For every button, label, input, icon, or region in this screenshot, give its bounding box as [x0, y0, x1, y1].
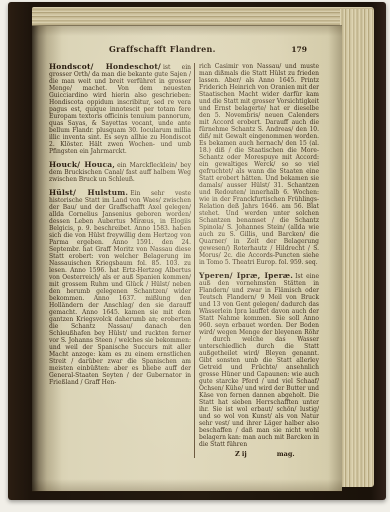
entry-text: rich Casimir von Nassau/ und muste man d…: [199, 63, 319, 266]
page-header: Graffschafft Flandren. 179: [49, 44, 319, 58]
two-column-text: Hondscot/ Hondeschot/ist ein grosser Ort…: [49, 63, 319, 458]
entry-text: Ist eine auß den vornehmsten Stätten in …: [199, 273, 319, 448]
scanned-book-photo: Graffschafft Flandren. 179 Hondscot/ Hon…: [0, 0, 390, 512]
entry-headword: Houck/ Houca,: [49, 160, 117, 169]
signature-mark: Z ij: [235, 451, 247, 458]
text-block: Graffschafft Flandren. 179 Hondscot/ Hon…: [49, 44, 319, 458]
entry-hulst: Hülst/ Hulstum.Ein sehr veste historisch…: [49, 189, 191, 386]
column-divider-rule: [194, 63, 195, 458]
running-title: Graffschafft Flandren.: [109, 44, 216, 54]
entry-text: ist ein grosser Orth/ da man die bekante…: [49, 64, 191, 155]
page-edges-right: [340, 9, 374, 487]
column-right: rich Casimir von Nassau/ und muste man d…: [199, 63, 319, 458]
column-left: Hondscot/ Hondeschot/ist ein grosser Ort…: [49, 63, 191, 458]
signature-line: Z ij mag.: [199, 451, 319, 458]
catchword: mag.: [277, 451, 295, 458]
entry-headword: Hondscot/ Hondeschot/: [49, 62, 163, 71]
entry-houck: Houck/ Houca,ein Marckflecklein/ bey dem…: [49, 161, 191, 183]
entry-hulst-continuation: rich Casimir von Nassau/ und muste man d…: [199, 63, 319, 266]
page-number: 179: [291, 45, 307, 54]
entry-headword: Hülst/ Hulstum.: [49, 188, 130, 197]
entry-headword: Yperen/ Ipræ, Iperæ.: [199, 271, 295, 280]
entry-hondscot: Hondscot/ Hondeschot/ist ein grosser Ort…: [49, 63, 191, 155]
entry-text: Ein sehr veste historische Statt im Land…: [49, 190, 191, 386]
entry-yperen: Yperen/ Ipræ, Iperæ.Ist eine auß den vor…: [199, 272, 319, 448]
book-page: Graffschafft Flandren. 179 Hondscot/ Hon…: [32, 26, 342, 491]
